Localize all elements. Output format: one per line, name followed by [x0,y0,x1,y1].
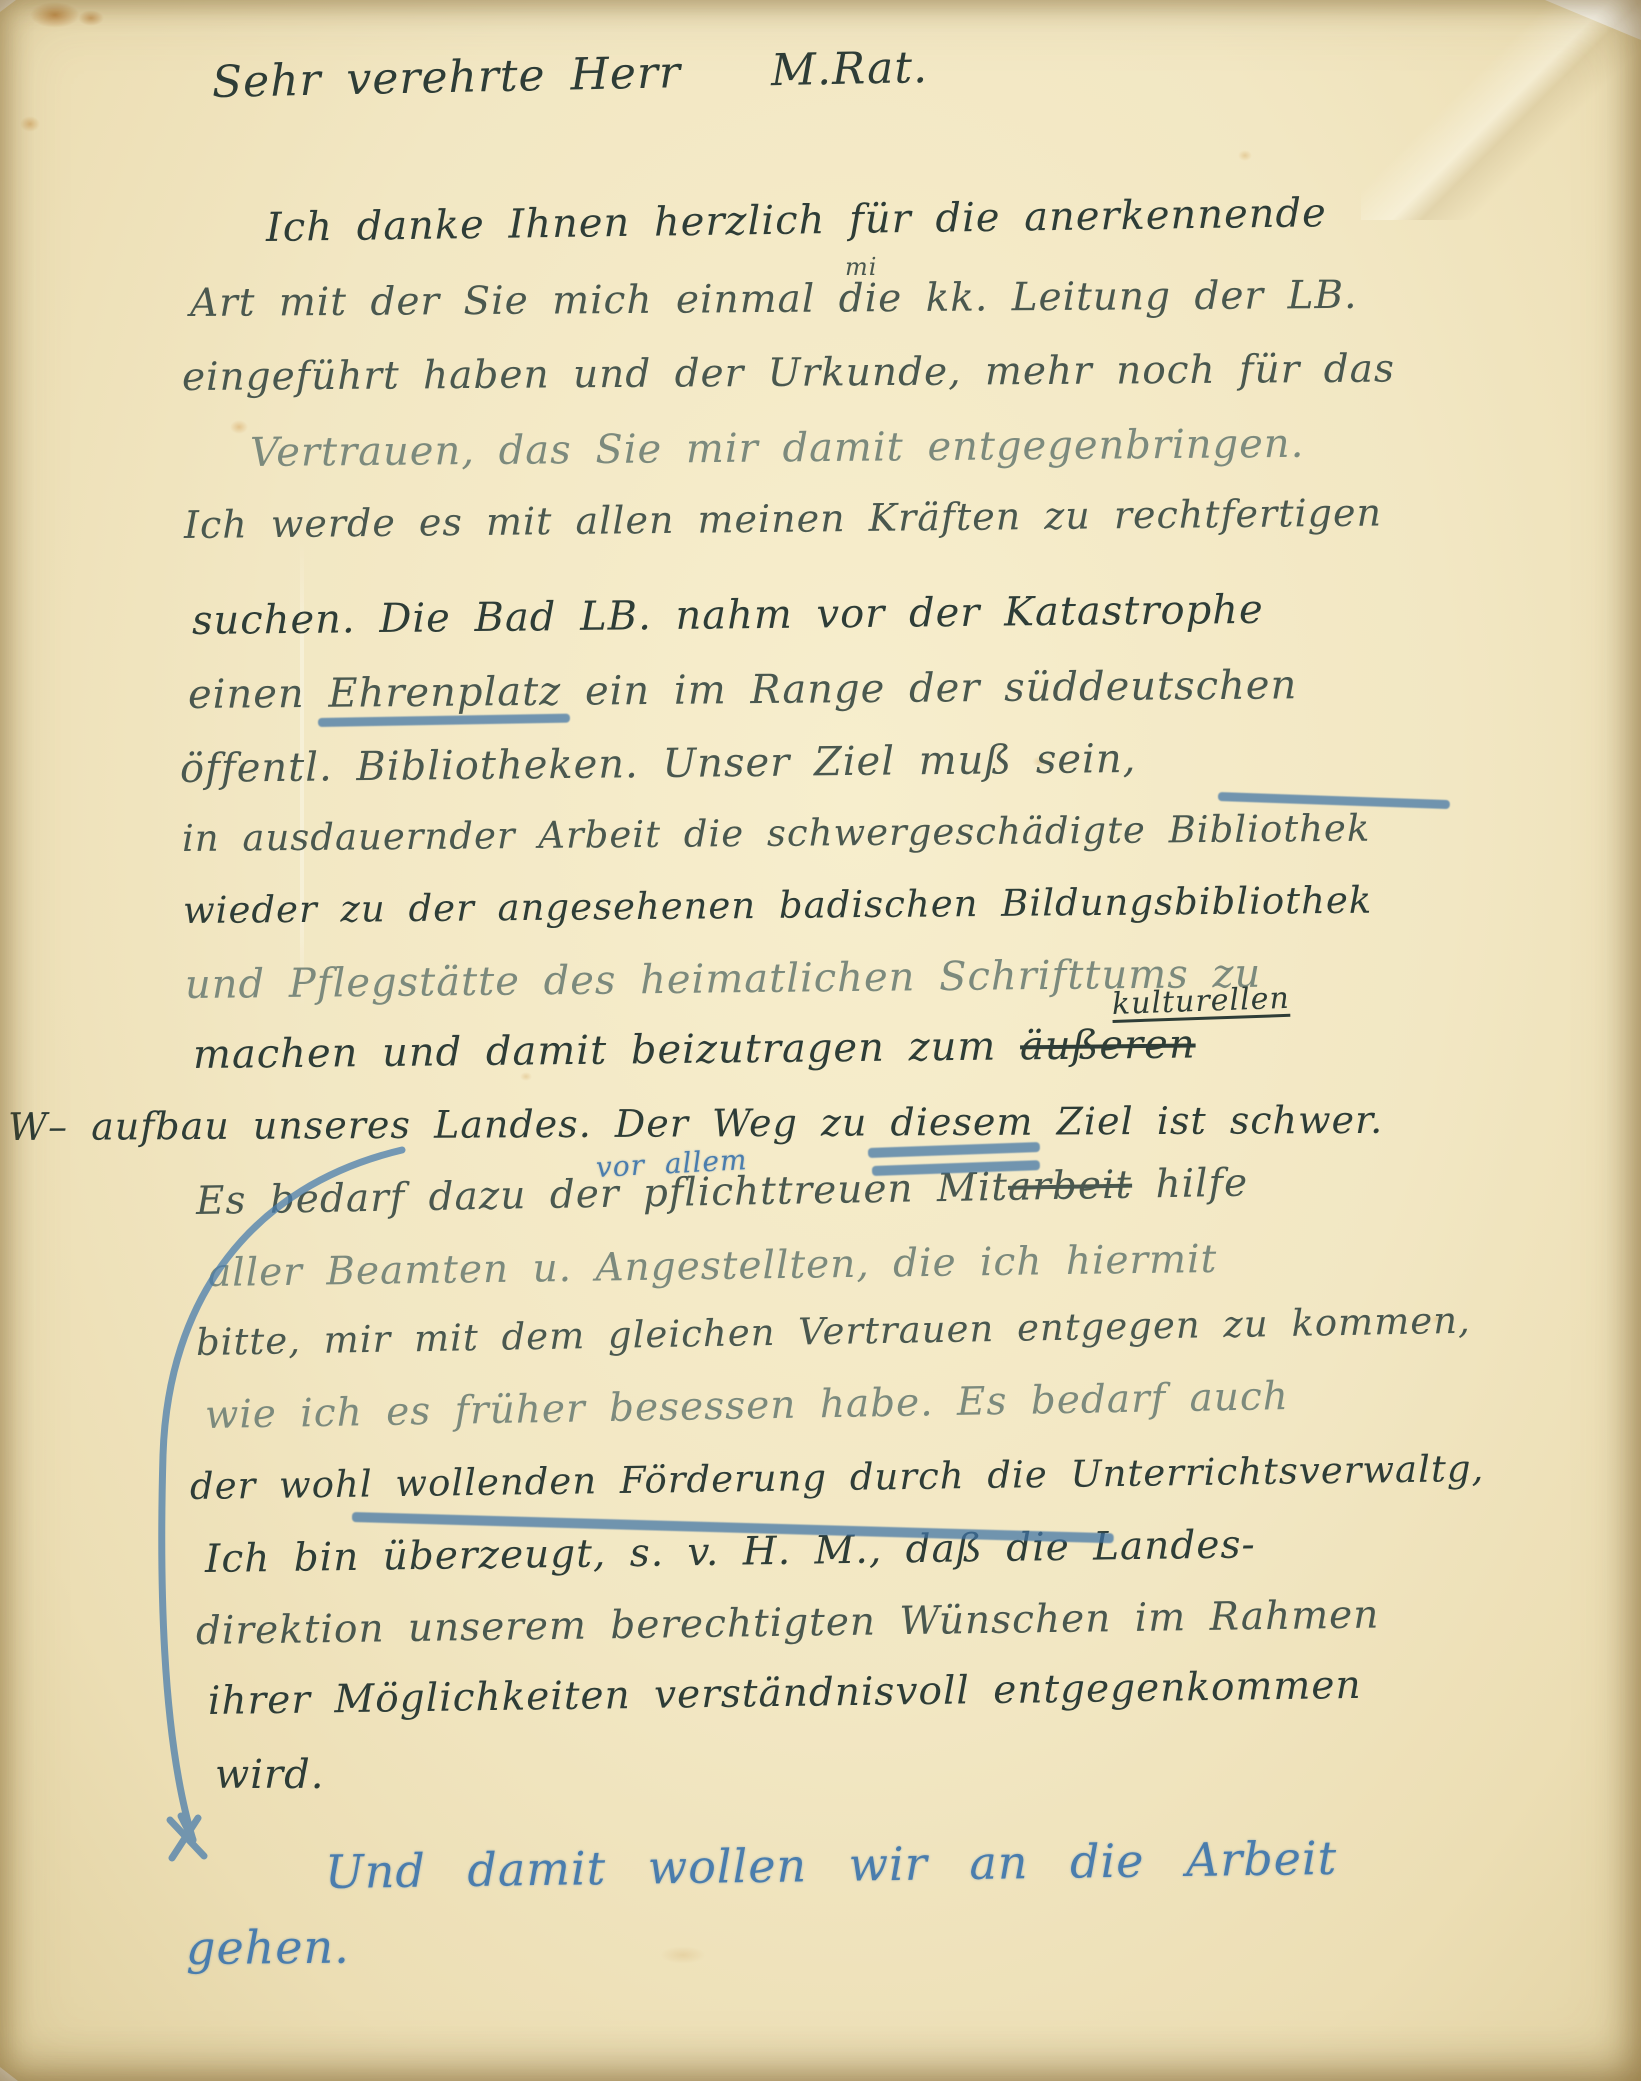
text-segment: und Pflegstätte des heimatlichen Schrift… [185,951,1262,1008]
corner-chip [0,2067,18,2081]
letter-line: Art mit der Sie mich einmal die kk. Leit… [190,274,1358,327]
letter-line: in ausdauernder Arbeit die schwergeschäd… [182,808,1371,861]
letter-line: direktion unserem berechtigten Wünschen … [196,1593,1380,1654]
text-segment: wird. [215,1752,324,1798]
corner-chip [0,0,16,12]
letter-line: bitte, mir mit dem gleichen Vertrauen en… [196,1300,1471,1365]
letter-line: aller Beamten u. Angestellten, die ich h… [208,1238,1218,1297]
corner-crease [1361,0,1641,220]
letter-line: W– aufbau unseres Landes. Der Weg zu die… [8,1099,1383,1150]
text-segment: hilfe [1132,1161,1249,1208]
text-segment: eingeführt haben und der Urkunde, mehr n… [182,347,1395,400]
salutation-line: Sehr verehrte Herr M.Rat. [211,43,928,109]
foxing-stain [78,10,104,26]
text-segment: Vertrauen, das Sie mir damit entgegenbri… [250,421,1305,476]
text-segment: W– aufbau unseres Landes. Der Weg zu die… [8,1098,1383,1149]
text-segment: gehen. [186,1920,350,1975]
text-segment: ihrer Möglichkeiten verständnisvoll entg… [208,1663,1362,1724]
letter-line: der wohl wollenden Förderung durch die U… [190,1448,1485,1509]
text-segment: Sehr verehrte Herr M.Rat. [211,42,928,108]
manuscript-page: Sehr verehrte Herr M.Rat.Ich danke Ihnen… [0,0,1641,2081]
foxing-stain [660,1946,706,1964]
foxing-stain [20,116,40,132]
closing-blue-line: gehen. [186,1921,350,1975]
text-segment: Ich werde es mit allen meinen Kräften zu… [184,490,1382,547]
text-segment: der wohl wollenden Förderung durch die U… [190,1447,1485,1508]
letter-line: und Pflegstätte des heimatlichen Schrift… [185,951,1262,1008]
foxing-stain [30,2,80,28]
text-segment: machen und damit beizutragen zum [193,1023,1021,1078]
foxing-stain [1238,150,1252,161]
letter-line: wird. [215,1752,324,1798]
letter-line: öffentl. Bibliotheken. Unser Ziel muß se… [180,736,1137,792]
letter-line: Vertrauen, das Sie mir damit entgegenbri… [250,421,1305,476]
letter-line: wie ich es früher besessen habe. Es beda… [205,1375,1290,1439]
text-segment: wie ich es früher besessen habe. Es beda… [205,1374,1290,1438]
torn-corner [1545,0,1641,40]
letter-line: eingeführt haben und der Urkunde, mehr n… [182,348,1395,401]
interline-insertion: mi [845,254,877,282]
text-segment: Art mit der Sie mich einmal die kk. Leit… [190,273,1358,326]
text-segment: bitte, mir mit dem gleichen Vertrauen en… [196,1299,1471,1364]
foxing-stain [230,420,248,434]
text-segment: Ich danke Ihnen herzlich für die anerken… [266,190,1327,251]
letter-line: machen und damit beizutragen zum äußeren [193,1022,1196,1078]
letter-line: einen Ehrenplatz ein im Range der süddeu… [188,662,1298,718]
letter-line: Ich werde es mit allen meinen Kräften zu… [184,491,1382,547]
interline-insertion: kulturellen [1111,982,1290,1023]
text-segment: direktion unserem berechtigten Wünschen … [196,1592,1380,1654]
text-segment: suchen. Die Bad LB. nahm vor der Katastr… [192,587,1264,644]
text-segment: kulturellen [1111,981,1290,1022]
closing-blue-line: Und damit wollen wir an die Arbeit [325,1832,1338,1899]
text-segment: in ausdauernder Arbeit die schwergeschäd… [182,807,1371,860]
text-segment: aller Beamten u. Angestellten, die ich h… [208,1237,1218,1296]
letter-line: wieder zu der angesehenen badischen Bild… [183,880,1373,933]
text-segment: Und damit wollen wir an die Arbeit [325,1831,1338,1899]
letter-line: Ich danke Ihnen herzlich für die anerken… [266,190,1327,251]
letter-line: suchen. Die Bad LB. nahm vor der Katastr… [192,587,1264,644]
letter-line: ihrer Möglichkeiten verständnisvoll entg… [208,1664,1362,1725]
struck-word: äußeren [1020,1022,1196,1070]
text-segment: mi [845,253,877,281]
text-segment: öffentl. Bibliotheken. Unser Ziel muß se… [180,736,1137,792]
text-segment: einen Ehrenplatz ein im Range der süddeu… [188,662,1298,718]
text-segment: wieder zu der angesehenen badischen Bild… [183,879,1373,932]
